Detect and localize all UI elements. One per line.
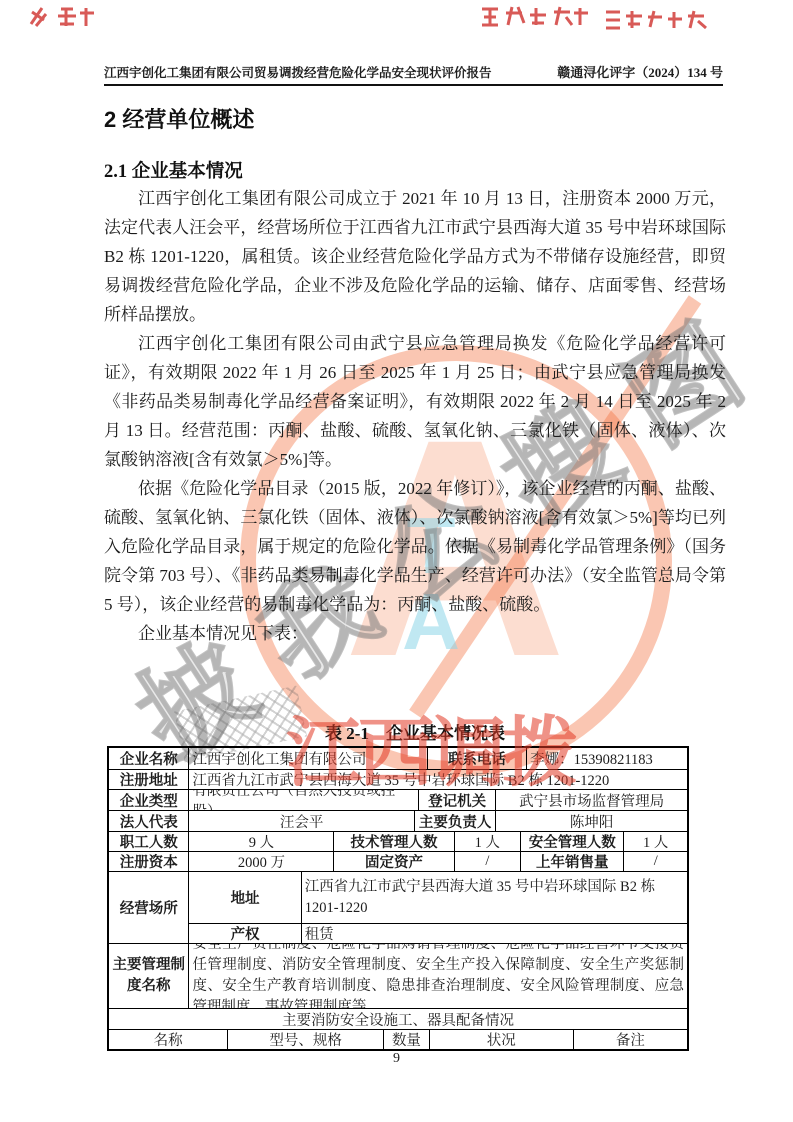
cell-label: 职工人数 — [109, 832, 188, 851]
cell-label: 登记机关 — [418, 790, 495, 810]
red-stamp-fragment-icon — [478, 3, 590, 29]
cell-column-header: 数量 — [383, 1030, 429, 1049]
cell-label: 法人代表 — [109, 811, 188, 831]
cell-label: 固定资产 — [333, 852, 453, 871]
red-stamp-fragment-icon — [602, 7, 712, 31]
cell-label: 联系电话 — [427, 748, 526, 769]
section-heading: 2 经营单位概述 — [104, 103, 254, 134]
cell-value: 9 人 — [188, 832, 333, 851]
cell-label: 经营场所 — [109, 872, 188, 943]
header-doc-number: 赣通浔化评字（2024）134 号 — [557, 62, 723, 81]
cell-label: 技术管理人数 — [333, 832, 453, 851]
cell-value: 安全生产责任制度、危险化学品购销管理制度、危险化学品经营环节交接责任管理制度、消… — [188, 944, 687, 1008]
cell-value: 有限责任公司（自然人投资或控股） — [188, 790, 417, 810]
table-row: 主要管理制度名称 安全生产责任制度、危险化学品购销管理制度、危险化学品经营环节交… — [109, 943, 687, 1008]
table-row: 法人代表 汪会平 主要负责人 陈坤阳 — [109, 810, 687, 831]
cell-label: 企业名称 — [109, 748, 188, 769]
paragraph-1: 江西宇创化工集团有限公司成立于 2021 年 10 月 13 日，注册资本 20… — [104, 184, 726, 329]
cell-value: / — [454, 852, 521, 871]
header-rule — [104, 84, 723, 86]
cell-label: 安全管理人数 — [520, 832, 623, 851]
red-stamp-fragment-icon — [28, 4, 98, 30]
cell-label: 注册地址 — [109, 770, 188, 789]
cell-value: 1 人 — [454, 832, 521, 851]
body-text: 江西宇创化工集团有限公司成立于 2021 年 10 月 13 日，注册资本 20… — [104, 184, 726, 648]
subsection-heading: 2.1 企业基本情况 — [104, 157, 243, 183]
paragraph-4: 企业基本情况见下表： — [104, 619, 726, 648]
cell-value: 陈坤阳 — [495, 811, 687, 831]
cell-column-header: 名称 — [109, 1030, 227, 1049]
table-row: 经营场所 地址 产权 江西省九江市武宁县西海大道 35 号中岩环球国际 B2 栋… — [109, 871, 687, 943]
company-info-table: 企业名称 江西宇创化工集团有限公司 联系电话 李娜：15390821183 注册… — [107, 746, 689, 1051]
document-page: A TA 披我公搜图 江西调拨 — [0, 0, 793, 1122]
cell-value: 江西省九江市武宁县西海大道 35 号中岩环球国际 B2 栋 1201-1220 — [188, 770, 687, 789]
cell-group: 地址 产权 — [188, 872, 300, 943]
table-row: 企业类型 有限责任公司（自然人投资或控股） 登记机关 武宁县市场监督管理局 — [109, 789, 687, 810]
paragraph-2: 江西宇创化工集团有限公司由武宁县应急管理局换发《危险化学品经营许可证》，有效期限… — [104, 329, 726, 474]
cell-label: 企业类型 — [109, 790, 188, 810]
cell-label: 注册资本 — [109, 852, 188, 871]
table-row: 注册地址 江西省九江市武宁县西海大道 35 号中岩环球国际 B2 栋 1201-… — [109, 769, 687, 789]
table-row: 注册资本 2000 万 固定资产 / 上年销售量 / — [109, 851, 687, 871]
cell-column-header: 状况 — [429, 1030, 573, 1049]
cell-column-header: 型号、规格 — [227, 1030, 383, 1049]
cell-section-header: 主要消防安全设施工、器具配备情况 — [109, 1009, 687, 1029]
cell-value: 江西宇创化工集团有限公司 — [188, 748, 426, 769]
header-report-title: 江西宇创化工集团有限公司贸易调拨经营危险化学品安全现状评价报告 — [104, 63, 492, 81]
cell-column-header: 备注 — [573, 1030, 687, 1049]
cell-value: 租赁 — [302, 923, 687, 943]
cell-value: 武宁县市场监督管理局 — [495, 790, 687, 810]
cell-value: 汪会平 — [188, 811, 413, 831]
cell-value: 2000 万 — [188, 852, 333, 871]
cell-label: 地址 — [189, 872, 300, 923]
cell-value: 1 人 — [623, 832, 687, 851]
table-row: 职工人数 9 人 技术管理人数 1 人 安全管理人数 1 人 — [109, 831, 687, 851]
table-title: 表 2-1 企业基本情况表 — [104, 719, 726, 744]
cell-value: 李娜：15390821183 — [526, 748, 687, 769]
cell-value: / — [623, 852, 687, 871]
table-row: 名称 型号、规格 数量 状况 备注 — [109, 1029, 687, 1049]
table-row: 企业名称 江西宇创化工集团有限公司 联系电话 李娜：15390821183 — [109, 748, 687, 769]
cell-label: 上年销售量 — [520, 852, 623, 871]
cell-value: 江西省九江市武宁县西海大道 35 号中岩环球国际 B2 栋 1201-1220 — [302, 872, 687, 923]
page-number: 9 — [0, 1051, 793, 1067]
cell-label: 主要负责人 — [414, 811, 495, 831]
cell-group: 江西省九江市武宁县西海大道 35 号中岩环球国际 B2 栋 1201-1220 … — [301, 872, 687, 943]
paragraph-3: 依据《危险化学品目录（2015 版，2022 年修订）》，该企业经营的丙酮、盐酸… — [104, 474, 726, 619]
cell-label: 产权 — [189, 923, 300, 943]
cell-label: 主要管理制度名称 — [109, 944, 188, 1008]
table-row: 主要消防安全设施工、器具配备情况 — [109, 1008, 687, 1029]
